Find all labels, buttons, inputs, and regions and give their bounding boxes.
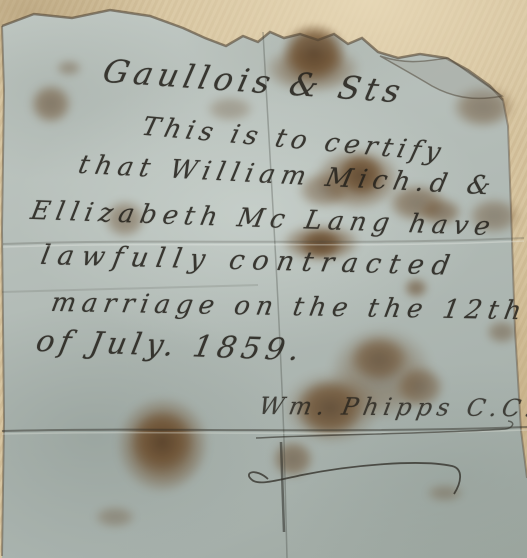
- photo-frame: Gaullois & Sts This is to certify that W…: [0, 0, 527, 558]
- signature: Wm. Phipps C.C.: [257, 392, 527, 422]
